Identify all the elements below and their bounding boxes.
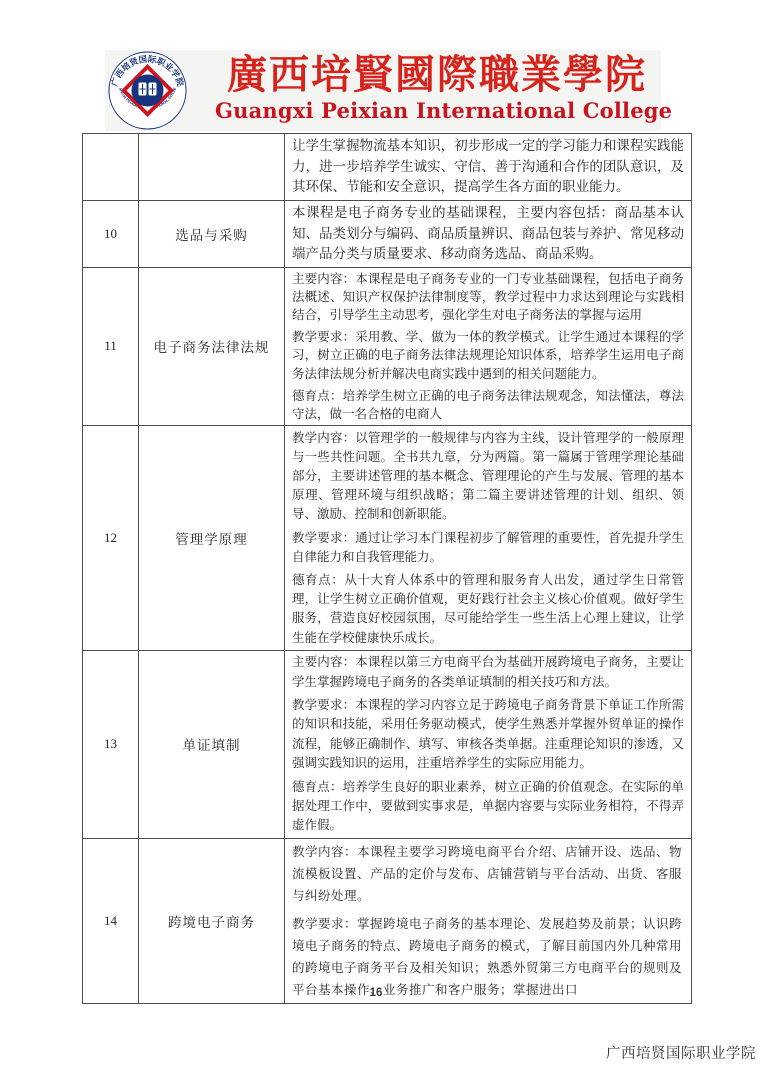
- table-row: 10 选品与采购 本课程是电子商务专业的基础课程，主要内容包括：商品基本认知、品…: [83, 201, 692, 268]
- description-paragraph: 教学要求：采用教、学、做为一体的教学模式。让学生通过本课程的学习，树立正确的电子…: [292, 328, 684, 383]
- description-paragraph: 让学生掌握物流基本知识，初步形成一定的学习能力和课程实践能力，进一步培养学生诚实…: [292, 136, 684, 198]
- document-page: 广西培贤国际职业学院 GUANGXI PEIXIAN INTERNATIONAL…: [0, 0, 764, 1080]
- course-number-cell: 11: [83, 267, 139, 426]
- course-description-cell: 主要内容：本课程是电子商务专业的一门专业基础课程，包括电子商务法概述、知识产权保…: [285, 267, 692, 426]
- description-paragraph: 教学要求：本课程的学习内容立足于跨境电子商务背景下单证工作所需的知识和技能，采用…: [292, 696, 684, 774]
- table-row: 12 管理学原理 教学内容：以管理学的一般规律与内容为主线，设计管理学的一般原理…: [83, 426, 692, 651]
- course-number-cell: [83, 134, 139, 201]
- course-description-cell: 本课程是电子商务专业的基础课程，主要内容包括：商品基本认知、品类划分与编码、商品…: [285, 201, 692, 268]
- course-name-cell: 单证填制: [139, 651, 285, 839]
- course-description-cell: 教学内容：以管理学的一般规律与内容为主线，设计管理学的一般原理与一些共性问题。全…: [285, 426, 692, 651]
- description-paragraph: 教学要求：通过让学习本门课程初步了解管理的重要性，首先提升学生自律能力和自我管理…: [292, 529, 684, 567]
- footer-college-name: 广西培贤国际职业学院: [606, 1042, 756, 1063]
- college-logo: 广西培贤国际职业学院 GUANGXI PEIXIAN INTERNATIONAL…: [108, 51, 187, 130]
- description-paragraph: 德育点：培养学生树立正确的电子商务法律法规观念，知法懂法，尊法守法，做一名合格的…: [292, 387, 684, 423]
- course-name-cell: 管理学原理: [139, 426, 285, 651]
- table-row: 14 跨境电子商务 教学内容：本课程主要学习跨境电商平台介绍、店铺开设、选品、物…: [83, 838, 692, 1003]
- description-paragraph: 德育点：培养学生良好的职业素养，树立正确的价值观念。在实际的单据处理工作中，要做…: [292, 778, 684, 836]
- course-description-cell: 主要内容：本课程以第三方电商平台为基础开展跨境电子商务，主要让学生掌握跨境电子商…: [285, 651, 692, 839]
- table-row: 让学生掌握物流基本知识，初步形成一定的学习能力和课程实践能力，进一步培养学生诚实…: [83, 134, 692, 201]
- description-paragraph: 德育点：从十大育人体系中的管理和服务育人出发，通过学生日常管理，让学生树立正确价…: [292, 571, 684, 648]
- description-paragraph: 教学内容：以管理学的一般规律与内容为主线，设计管理学的一般原理与一些共性问题。全…: [292, 429, 684, 525]
- table-row: 11 电子商务法律法规 主要内容：本课程是电子商务专业的一门专业基础课程，包括电…: [83, 267, 692, 426]
- description-paragraph: 教学内容：本课程主要学习跨境电商平台介绍、店铺开设、选品、物流模板设置、产品的定…: [292, 841, 684, 907]
- college-name-en: Guangxi Peixian International College: [215, 98, 659, 124]
- college-seal-icon: 广西培贤国际职业学院 GUANGXI PEIXIAN INTERNATIONAL…: [108, 51, 187, 130]
- course-name-cell: 电子商务法律法规: [139, 267, 285, 426]
- course-table: 让学生掌握物流基本知识，初步形成一定的学习能力和课程实践能力，进一步培养学生诚实…: [82, 133, 692, 1004]
- course-name-cell: [139, 134, 285, 201]
- course-number-cell: 12: [83, 426, 139, 651]
- course-name-cell: 跨境电子商务: [139, 838, 285, 1003]
- course-name-cell: 选品与采购: [139, 201, 285, 268]
- course-description-cell: 让学生掌握物流基本知识，初步形成一定的学习能力和课程实践能力，进一步培养学生诚实…: [285, 134, 692, 201]
- course-number-cell: 14: [83, 838, 139, 1003]
- logo-inner-circle: [132, 75, 164, 107]
- course-description-cell: 教学内容：本课程主要学习跨境电商平台介绍、店铺开设、选品、物流模板设置、产品的定…: [285, 838, 692, 1003]
- table-row: 13 单证填制 主要内容：本课程以第三方电商平台为基础开展跨境电子商务，主要让学…: [83, 651, 692, 839]
- page-number: 16: [82, 987, 670, 999]
- description-paragraph: 主要内容：本课程以第三方电商平台为基础开展跨境电子商务，主要让学生掌握跨境电子商…: [292, 653, 684, 692]
- course-number-cell: 10: [83, 201, 139, 268]
- description-paragraph: 主要内容：本课程是电子商务专业的一门专业基础课程，包括电子商务法概述、知识产权保…: [292, 270, 684, 325]
- college-names: 廣西培賢國際職業學院 Guangxi Peixian International…: [215, 52, 659, 124]
- course-number-cell: 13: [83, 651, 139, 839]
- description-paragraph: 本课程是电子商务专业的基础课程，主要内容包括：商品基本认知、品类划分与编码、商品…: [292, 203, 684, 265]
- college-name-zh: 廣西培賢國際職業學院: [215, 52, 659, 98]
- college-header-banner: 广西培贤国际职业学院 GUANGXI PEIXIAN INTERNATIONAL…: [105, 50, 661, 131]
